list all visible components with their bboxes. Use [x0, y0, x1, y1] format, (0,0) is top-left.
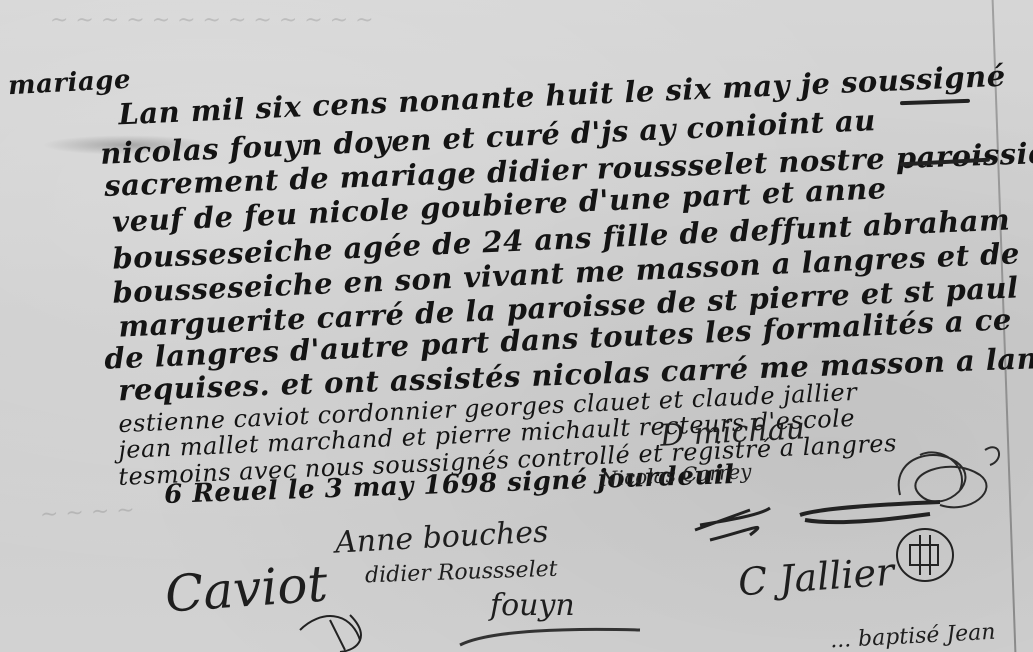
bleed-through-text: ~ ~ ~ ~ ~ ~ ~ ~ ~ ~ ~ ~ ~ [50, 8, 374, 33]
line-fill-stroke [900, 99, 970, 105]
signature-jallier: C Jallier [737, 550, 896, 605]
cross-monogram-icon [890, 520, 960, 590]
bleed-through-text: ~ ~ ~ ~ [39, 498, 135, 528]
next-entry-fragment: ... baptisé Jean [829, 620, 996, 652]
scanned-register-page: ~ ~ ~ ~ ~ ~ ~ ~ ~ ~ ~ ~ ~ ~ ~ ~ ~ mariag… [0, 0, 1033, 652]
signature-didier-rousselet: didier Roussselet [365, 557, 558, 589]
margin-note: mariage [7, 65, 131, 101]
signature-anne-bouches: Anne bouches [334, 514, 549, 560]
signature-flourish-icon [290, 600, 650, 652]
